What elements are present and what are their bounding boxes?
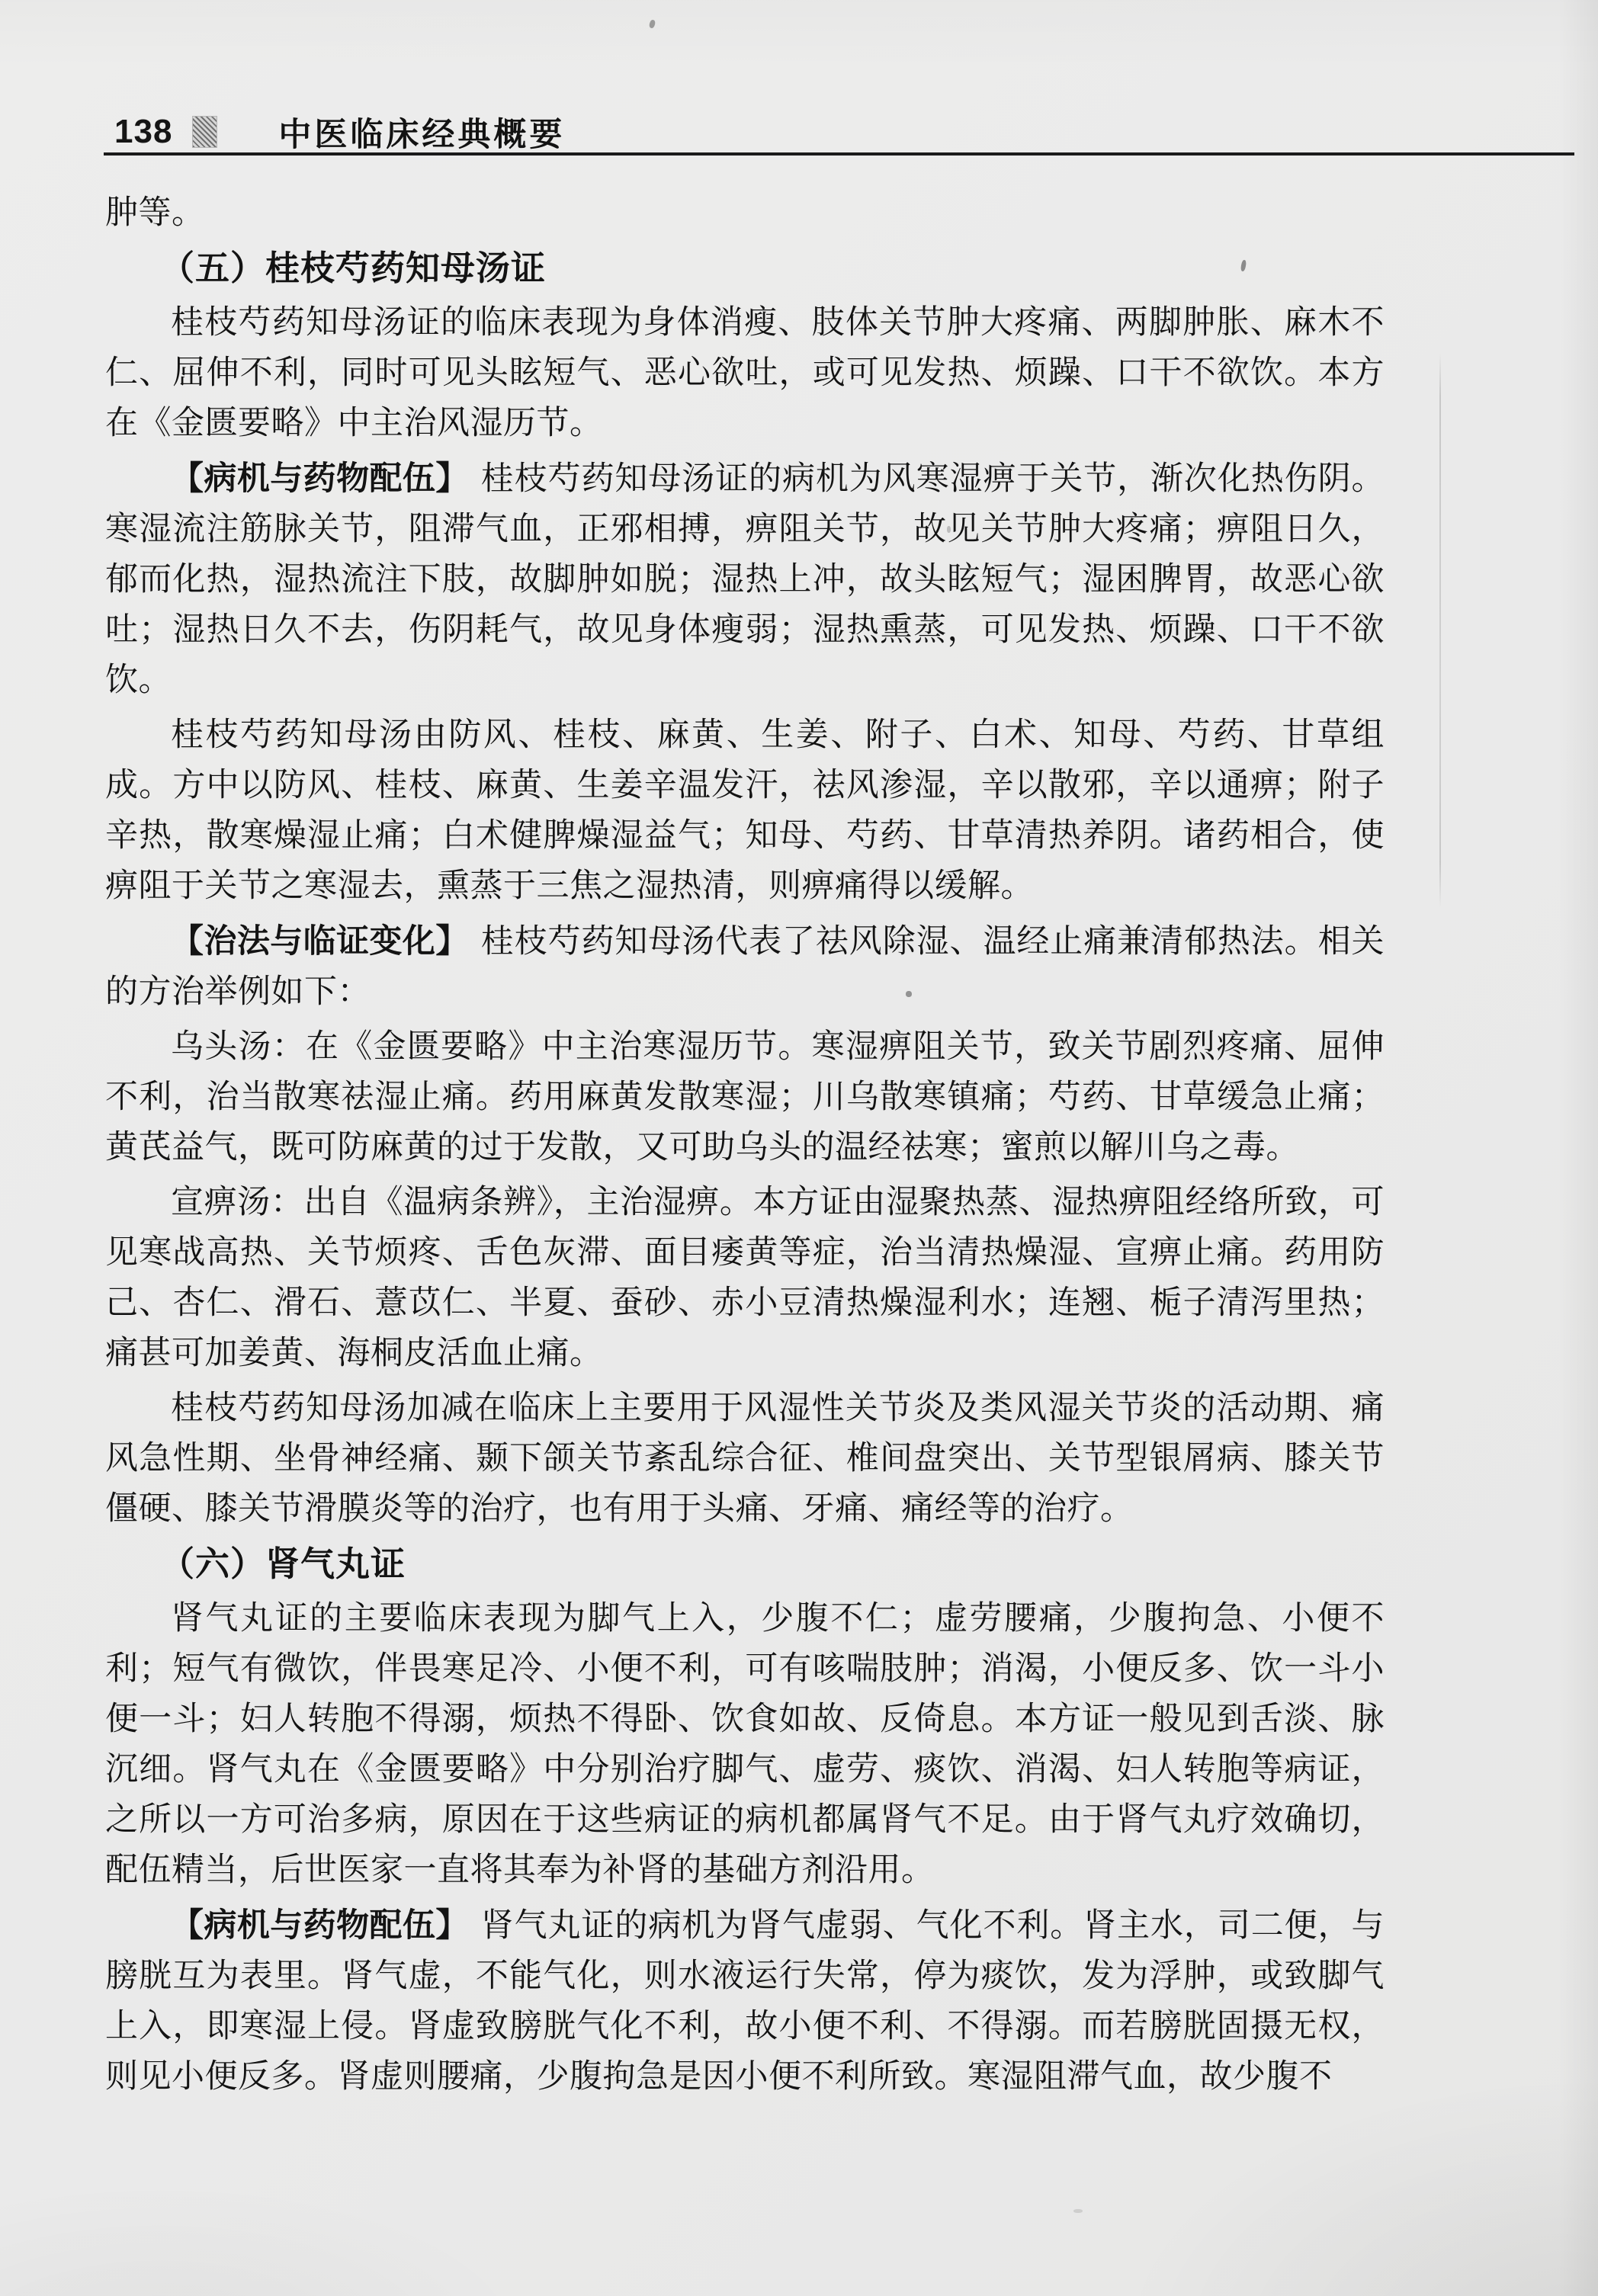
- book-title: 中医临床经典概要: [278, 109, 565, 156]
- paragraph: 肾气丸证的主要临床表现为脚气上入，少腹不仁；虚劳腰痛，少腹拘急、小便不利；短气有…: [105, 1594, 1385, 1896]
- labeled-paragraph: 【病机与药物配伍】桂枝芍药知母汤证的病机为风寒湿痹于关节，渐次化热伤阴。寒湿流注…: [105, 454, 1385, 706]
- scan-speck: [649, 19, 656, 28]
- paragraph-xuanbi-decoction: 宣痹汤：出自《温病条辨》，主治湿痹。本方证由湿聚热蒸、湿热痹阻经络所致，可见寒战…: [105, 1178, 1385, 1379]
- paragraph-continuation: 肿等。: [105, 188, 1385, 239]
- halftone-square-icon: [192, 116, 217, 148]
- page-number: 138: [114, 113, 172, 151]
- para-label: 【病机与药物配伍】: [171, 1907, 469, 1944]
- page-content: 肿等。 （五）桂枝芍药知母汤证 桂枝芍药知母汤证的临床表现为身体消瘦、肢体关节肿…: [105, 188, 1385, 2102]
- para-label: 【病机与药物配伍】: [171, 460, 469, 497]
- header-rule-divider: [104, 152, 1574, 156]
- section-heading-6: （六）肾气丸证: [105, 1539, 1385, 1589]
- scan-line-artifact: [1439, 352, 1441, 907]
- paragraph-clinical-applications: 桂枝芍药知母汤加减在临床上主要用于风湿性关节炎及类风湿关节炎的活动期、痛风急性期…: [105, 1384, 1385, 1534]
- section-heading-5: （五）桂枝芍药知母汤证: [105, 243, 1385, 293]
- paragraph: 桂枝芍药知母汤证的临床表现为身体消瘦、肢体关节肿大疼痛、两脚肿胀、麻木不仁、屈伸…: [105, 298, 1385, 449]
- scan-speck: [947, 526, 951, 533]
- paragraph-wutou-decoction: 乌头汤：在《金匮要略》中主治寒湿历节。寒湿痹阻关节，致关节剧烈疼痛、屈伸不利，治…: [105, 1022, 1385, 1173]
- page-header: 138 中医临床经典概要: [114, 111, 565, 152]
- scan-speck: [1073, 2209, 1083, 2213]
- labeled-paragraph: 【病机与药物配伍】肾气丸证的病机为肾气虚弱、气化不利。肾主水，司二便，与膀胱互为…: [105, 1900, 1385, 2102]
- book-page: { "header": { "page_number": "138", "mar…: [0, 0, 1598, 2296]
- para-label: 【治法与临证变化】: [171, 923, 469, 960]
- paragraph: 桂枝芍药知母汤由防风、桂枝、麻黄、生姜、附子、白术、知母、芍药、甘草组成。方中以…: [105, 710, 1385, 912]
- labeled-paragraph: 【治法与临证变化】桂枝芍药知母汤代表了祛风除湿、温经止痛兼清郁热法。相关的方治举…: [105, 916, 1385, 1018]
- scan-speck: [906, 991, 912, 997]
